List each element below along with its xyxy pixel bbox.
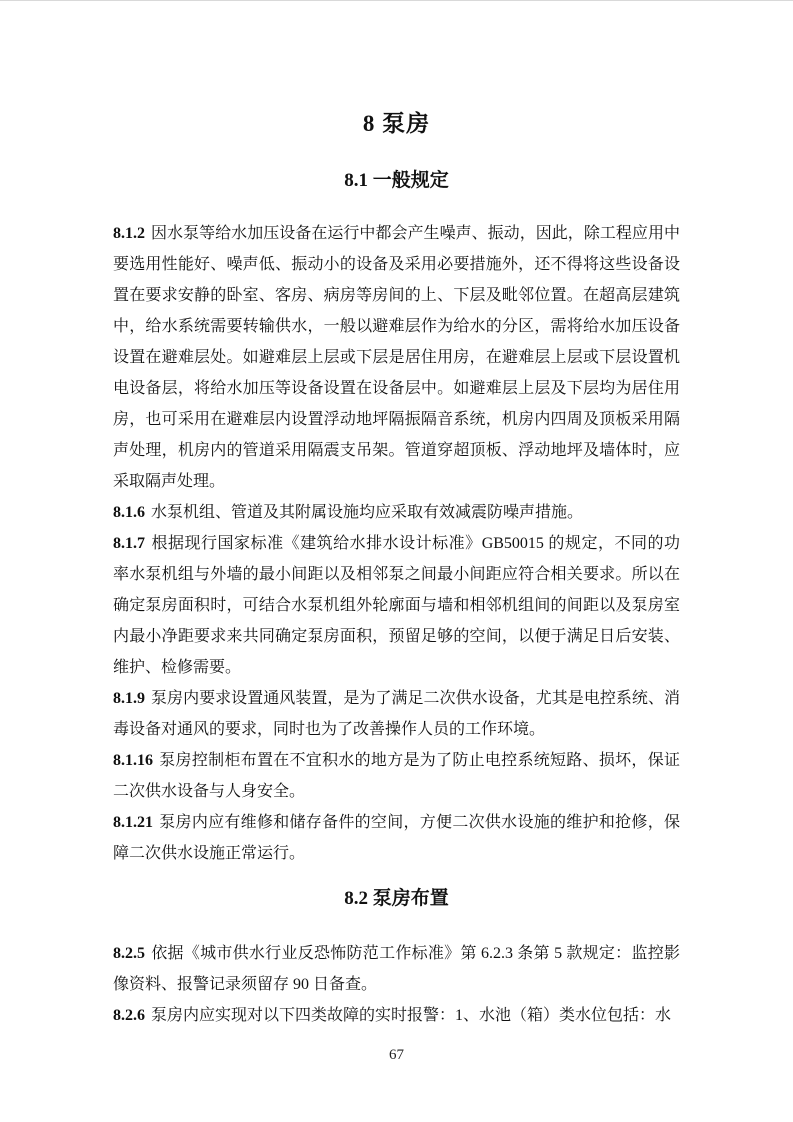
paragraph-number-8-1-7: 8.1.7 [113, 535, 145, 552]
paragraph-8-1-2: 8.1.2因水泵等给水加压设备在运行中都会产生噪声、振动，因此，除工程应用中要选… [113, 218, 680, 497]
paragraph-number-8-1-6: 8.1.6 [113, 504, 145, 521]
page-content: 8 泵房 8.1 一般规定 8.1.2因水泵等给水加压设备在运行中都会产生噪声、… [0, 1, 793, 1031]
paragraph-number-8-1-16: 8.1.16 [113, 752, 153, 769]
paragraph-number-8-2-6: 8.2.6 [113, 1007, 145, 1024]
paragraph-number-8-1-21: 8.1.21 [113, 814, 153, 831]
section-heading-8-1: 8.1 一般规定 [113, 168, 680, 193]
paragraph-8-1-7: 8.1.7根据现行国家标准《建筑给水排水设计标准》GB50015 的规定，不同的… [113, 528, 680, 683]
paragraph-text-8-1-16: 泵房控制柜布置在不宜积水的地方是为了防止电控系统短路、损坏，保证二次供水设备与人… [113, 752, 680, 800]
paragraph-text-8-1-21: 泵房内应有维修和储存备件的空间，方便二次供水设施的维护和抢修，保障二次供水设施正… [113, 814, 680, 862]
paragraph-text-8-1-2: 因水泵等给水加压设备在运行中都会产生噪声、振动，因此，除工程应用中要选用性能好、… [113, 225, 680, 490]
paragraph-text-8-1-9: 泵房内要求设置通风装置，是为了满足二次供水设备，尤其是电控系统、消毒设备对通风的… [113, 690, 680, 738]
paragraph-number-8-1-2: 8.1.2 [113, 225, 145, 242]
paragraph-text-8-2-5: 依据《城市供水行业反恐怖防范工作标准》第 6.2.3 条第 5 款规定：监控影像… [113, 945, 680, 993]
paragraph-number-8-1-9: 8.1.9 [113, 690, 145, 707]
paragraph-text-8-1-6: 水泵机组、管道及其附属设施均应采取有效减震防噪声措施。 [151, 504, 583, 521]
chapter-title: 8 泵房 [113, 109, 680, 139]
paragraph-8-1-21: 8.1.21泵房内应有维修和储存备件的空间，方便二次供水设施的维护和抢修，保障二… [113, 807, 680, 869]
paragraph-8-1-16: 8.1.16泵房控制柜布置在不宜积水的地方是为了防止电控系统短路、损坏，保证二次… [113, 745, 680, 807]
section-heading-8-2: 8.2 泵房布置 [113, 886, 680, 911]
paragraph-number-8-2-5: 8.2.5 [113, 945, 145, 962]
paragraph-8-1-6: 8.1.6水泵机组、管道及其附属设施均应采取有效减震防噪声措施。 [113, 497, 680, 528]
paragraph-8-2-6: 8.2.6泵房内应实现对以下四类故障的实时报警：1、水池（箱）类水位包括：水 [113, 1000, 680, 1031]
paragraph-text-8-1-7: 根据现行国家标准《建筑给水排水设计标准》GB50015 的规定，不同的功率水泵机… [113, 535, 680, 676]
document-page: 8 泵房 8.1 一般规定 8.1.2因水泵等给水加压设备在运行中都会产生噪声、… [0, 0, 793, 1122]
paragraph-8-2-5: 8.2.5依据《城市供水行业反恐怖防范工作标准》第 6.2.3 条第 5 款规定… [113, 938, 680, 1000]
paragraph-text-8-2-6: 泵房内应实现对以下四类故障的实时报警：1、水池（箱）类水位包括：水 [151, 1007, 671, 1024]
page-number: 67 [0, 1047, 793, 1064]
paragraph-8-1-9: 8.1.9泵房内要求设置通风装置，是为了满足二次供水设备，尤其是电控系统、消毒设… [113, 683, 680, 745]
